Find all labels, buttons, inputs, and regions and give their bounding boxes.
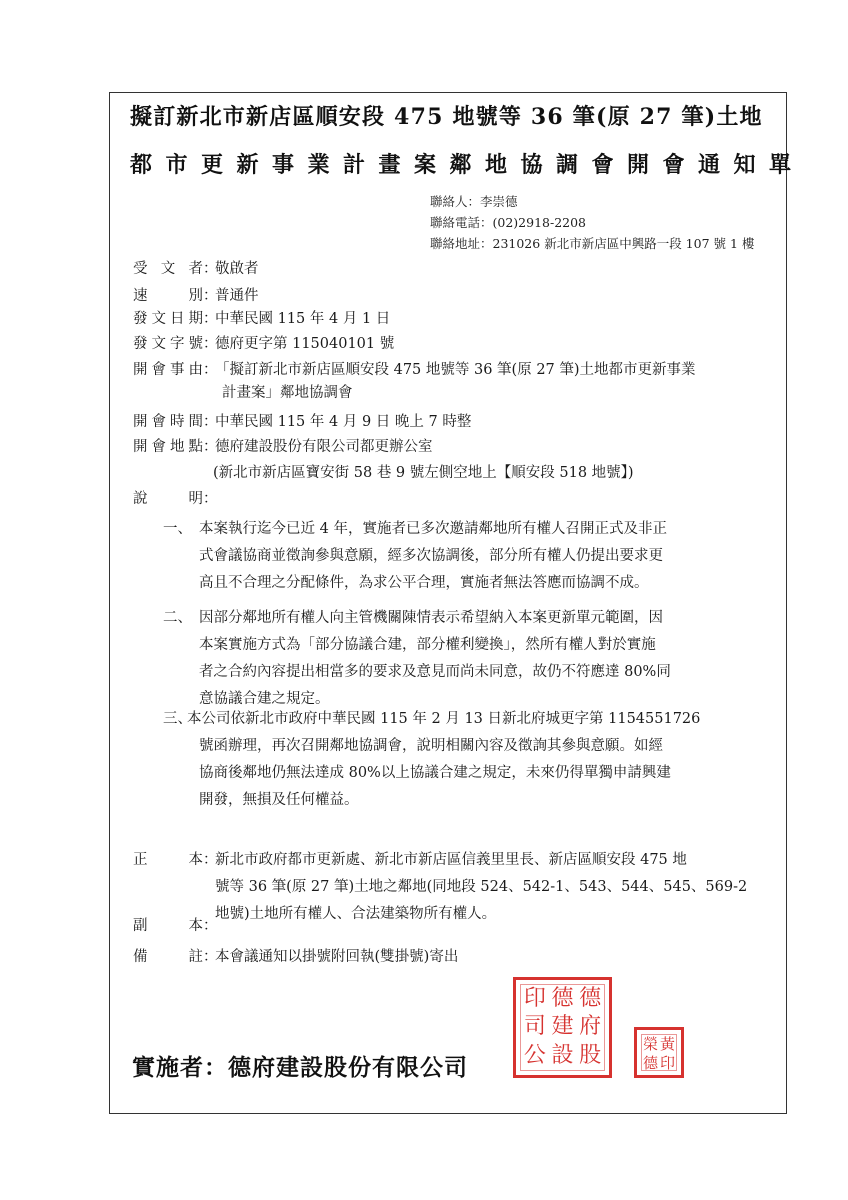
field-value: 普通件 (215, 288, 259, 304)
field-label: 開會地點 (133, 435, 203, 456)
field-meeting-subject: 開會事由：「擬訂新北市新店區順安段 475 地號等 36 筆(原 27 筆)土地… (133, 358, 696, 379)
item-number: 三、 (163, 706, 187, 733)
field-value: 中華民國 115 年 4 月 1 日 (215, 311, 390, 327)
distribution-label: 備註 (133, 944, 203, 971)
document-title-line-2: 都市更新事業計畫案鄰地協調會開會通知單 (130, 148, 770, 179)
field-label: 發文日期 (133, 307, 203, 328)
field-label: 速別 (133, 284, 203, 305)
contact-phone: 聯絡電話：(02)2918-2208 (430, 213, 586, 231)
field-document-number: 發文字號：德府更字第 115040101 號 (133, 332, 394, 353)
field-value: 中華民國 115 年 4 月 9 日 晚上 7 時整 (215, 414, 471, 430)
field-value: 德府更字第 115040101 號 (215, 336, 394, 352)
field-label: 發文字號 (133, 332, 203, 353)
item-number: 一、 (163, 516, 199, 543)
field-priority: 速別：普通件 (133, 284, 259, 305)
explanation-item-1: 一、本案執行迄今已近 4 年，實施者已多次邀請鄰地所有權人召開正式及非正 式會議… (163, 516, 667, 597)
contact-person: 聯絡人：李崇德 (430, 192, 518, 210)
field-label: 受文者 (133, 257, 203, 278)
contact-address: 聯絡地址：231026 新北市新店區中興路一段 107 號 1 樓 (430, 234, 754, 252)
field-value: 敬啟者 (215, 261, 259, 277)
field-value: 「擬訂新北市新店區順安段 475 地號等 36 筆(原 27 筆)土地都市更新事… (215, 362, 696, 378)
field-meeting-location-cont: (新北市新店區寶安街 58 巷 9 號左側空地上【順安段 518 地號】) (213, 461, 634, 482)
representative-seal-stamp: 榮 黃 德 印 (634, 1027, 684, 1078)
field-meeting-time: 開會時間：中華民國 115 年 4 月 9 日 晚上 7 時整 (133, 410, 471, 431)
explanation-item-2: 二、因部分鄰地所有權人向主管機關陳情表示希望納入本案更新單元範圍，因 本案實施方… (163, 605, 671, 713)
company-seal-stamp: 印 德 德 司 建 府 公 設 股 (513, 977, 612, 1078)
field-label: 說明 (133, 487, 203, 508)
distribution-copy: 副本： (133, 913, 215, 940)
field-value: 德府建設股份有限公司都更辦公室 (215, 439, 433, 455)
field-issue-date: 發文日期：中華民國 115 年 4 月 1 日 (133, 307, 390, 328)
field-recipient: 受文者：敬啟者 (133, 257, 259, 278)
field-meeting-location: 開會地點：德府建設股份有限公司都更辦公室 (133, 435, 433, 456)
distribution-label: 正本 (133, 847, 203, 874)
field-explanation: 說明： (133, 487, 215, 508)
item-number: 二、 (163, 605, 199, 632)
explanation-item-3: 三、本公司依新北市政府中華民國 115 年 2 月 13 日新北府城更字第 11… (163, 706, 700, 814)
distribution-main: 正本：新北市政府都市更新處、新北市新店區信義里里長、新店區順安段 475 地 號… (133, 847, 747, 928)
document-title-line-1: 擬訂新北市新店區順安段 475 地號等 36 筆(原 27 筆)土地 (130, 100, 770, 131)
distribution-label: 副本 (133, 913, 203, 940)
field-label: 開會時間 (133, 410, 203, 431)
implementer-signature: 實施者：德府建設股份有限公司 (132, 1049, 468, 1082)
field-meeting-subject-cont: 計畫案」鄰地協調會 (222, 381, 353, 402)
field-label: 開會事由 (133, 358, 203, 379)
distribution-note: 備註：本會議通知以掛號附回執(雙掛號)寄出 (133, 944, 458, 971)
